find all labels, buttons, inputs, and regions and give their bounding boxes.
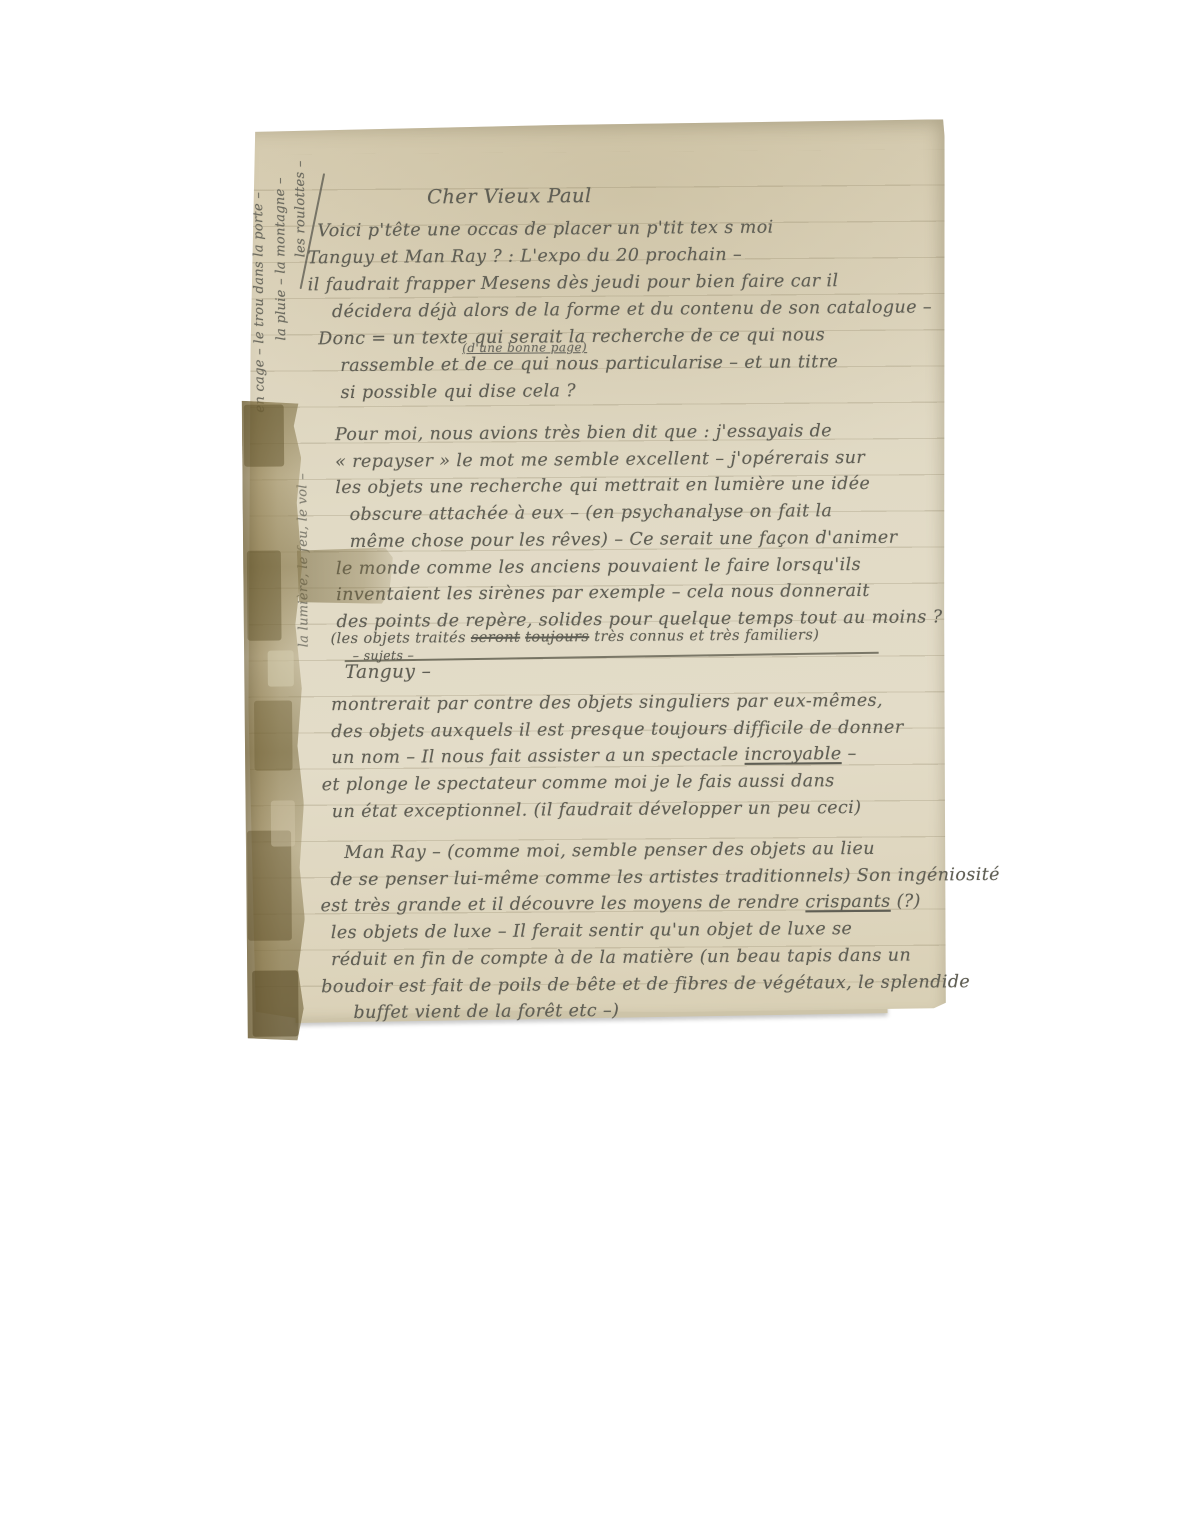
letter-line: un état exceptionnel. (il faudrait dével…: [332, 794, 904, 825]
tanguy-heading: Tanguy –: [345, 661, 432, 683]
tape-blotch: [247, 551, 282, 641]
tape-residue-strip: [242, 400, 306, 1040]
letter-line: même chose pour les rêves) – Ce serait u…: [350, 524, 942, 555]
letter-line: buffet vient de la forêt etc –): [353, 995, 1001, 1027]
paragraph-2: Pour moi, nous avions très bien dit que …: [335, 417, 943, 635]
margin-note-3: les roulottes –: [293, 160, 309, 257]
tanguy-paragraph: montrerait par contre des objets singuli…: [331, 688, 904, 826]
tape-blotch: [244, 404, 284, 466]
interlinear-insertion: (d'une bonne page): [462, 340, 587, 355]
struck-word: toujours: [525, 629, 589, 646]
letter-line: boudoir est fait de poils de bête et de …: [321, 968, 1001, 1000]
letter-line: décidera déjà alors de la forme et du co…: [332, 294, 932, 326]
line-segment: est très grande et il découvre les moyen…: [321, 893, 806, 917]
line-segment: (?): [891, 892, 921, 912]
margin-note-2: la pluie – la montagne –: [273, 177, 289, 340]
tape-blotch: [252, 970, 299, 1036]
letter-sheet-group: en cage – le trou dans la porte – la plu…: [0, 0, 1197, 1538]
manray-paragraph: Man Ray – (comme moi, semble penser des …: [330, 835, 1001, 1027]
margin-note-1: en cage – le trou dans la porte –: [251, 192, 268, 413]
tape-gap: [268, 650, 294, 686]
struck-word: seront: [471, 630, 520, 646]
letter-line: si possible qui dise cela ?: [341, 375, 933, 407]
note-segment: (les objets traités: [330, 630, 471, 647]
line-segment: –: [842, 744, 857, 764]
line-segment: un nom – Il nous fait assister a un spec…: [331, 745, 744, 768]
underlined-word: crispants: [805, 892, 890, 913]
letter-line: est très grande et il découvre les moyen…: [321, 888, 1001, 920]
tape-gap: [271, 800, 295, 846]
paragraph-1: Voici p'tête une occas de placer un p'ti…: [317, 213, 933, 407]
letter-line: montrerait par contre des objets singuli…: [331, 688, 903, 719]
tape-blotch: [247, 830, 292, 940]
letter-line: les objets une recherche qui mettrait en…: [335, 471, 941, 502]
tape-blotch: [254, 700, 293, 770]
underlined-word: incroyable: [744, 745, 841, 766]
salutation: Cher Vieux Paul: [427, 184, 592, 208]
tape-residue-horizontal: [297, 548, 393, 605]
photographed-letter-scene: en cage – le trou dans la porte – la plu…: [0, 0, 1197, 1538]
note-segment: très connus et très familiers): [589, 627, 819, 645]
